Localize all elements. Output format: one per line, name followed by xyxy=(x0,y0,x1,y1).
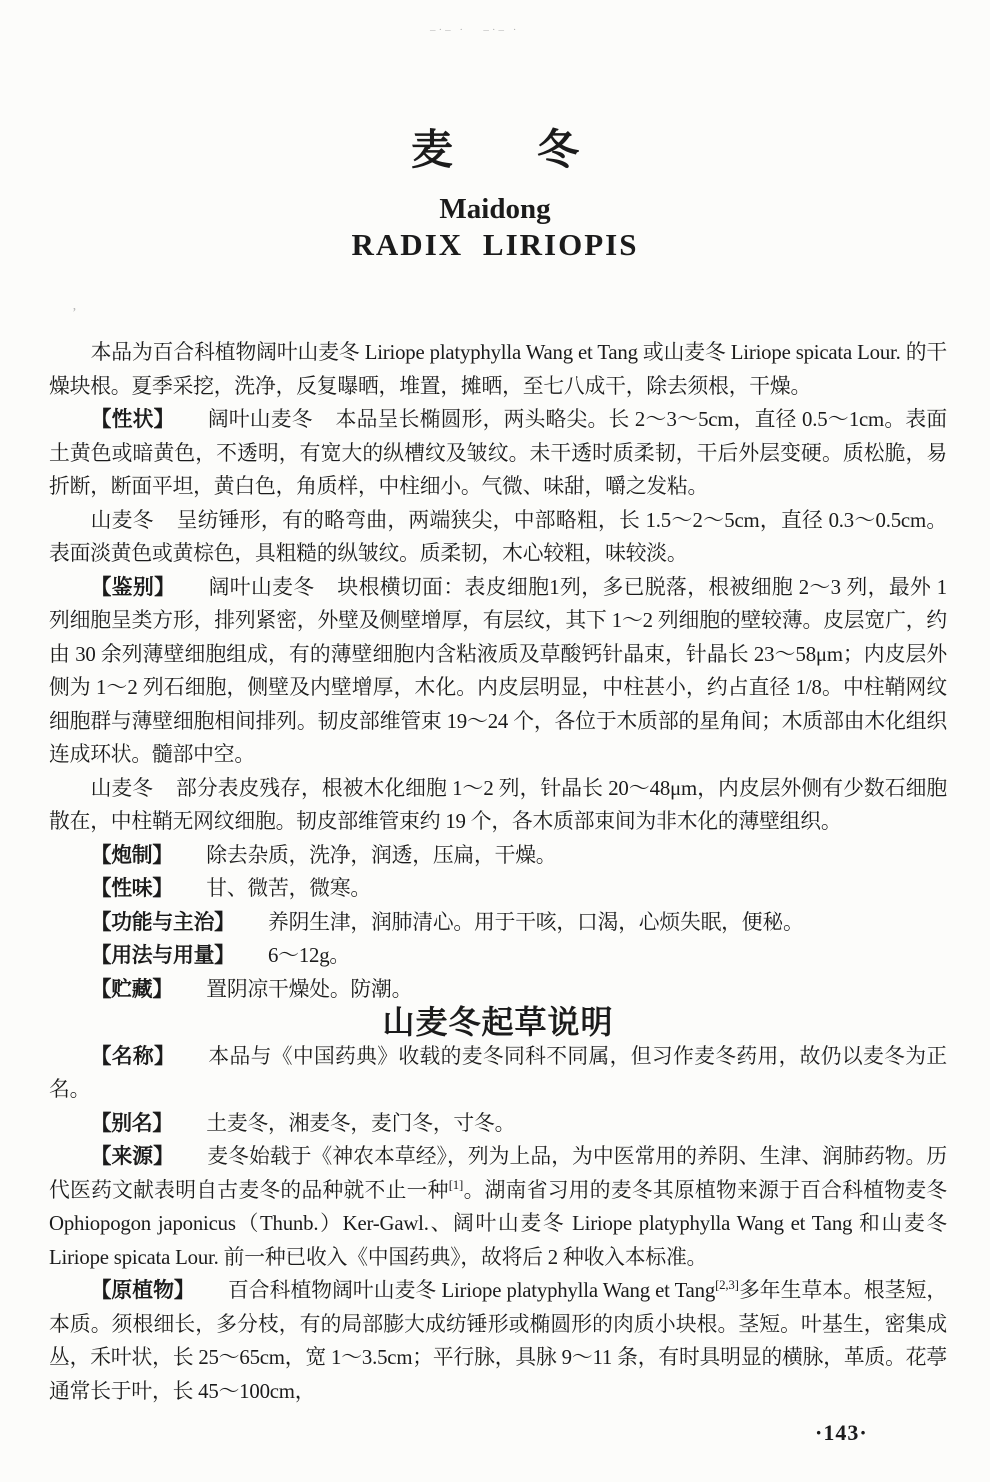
monograph-title-chinese: 麦 冬 xyxy=(0,128,990,174)
name-note-text: 本品与《中国药典》收载的麦冬同科不同属，但习作麦冬药用，故仍以麦冬为正名。 xyxy=(49,1045,947,1102)
section-label: 【名称】 xyxy=(91,1045,175,1068)
alias-text: 土麦冬，湘麦冬，麦门冬，寸冬。 xyxy=(206,1112,515,1135)
appearance-shanmaidong-text: 呈纺锤形，有的略弯曲，两端狭尖，中部略粗，长 1.5～2～5cm，直径 0.3～… xyxy=(49,509,947,566)
section-label: 【贮藏】 xyxy=(91,978,173,1001)
identification-shanmaidong-text: 部分表皮残存，根被木化细胞 1～2 列，针晶长 20～48μm，内皮层外侧有少数… xyxy=(49,777,947,834)
scan-margin-artifact: ’ xyxy=(72,306,80,322)
section-label: 【性味】 xyxy=(91,877,173,900)
section-label: 【别名】 xyxy=(91,1112,173,1135)
section-label: 【鉴别】 xyxy=(91,576,176,599)
section-label: 【功能与主治】 xyxy=(91,911,235,934)
species-subheading: 阔叶山麦冬 xyxy=(208,408,313,431)
appearance-text: 本品呈长椭圆形，两头略尖。长 2～3～5cm，直径 0.5～1cm。表面土黄色或… xyxy=(49,408,947,498)
function-indication-text: 养阴生津，润肺清心。用于干咳，口渴，心烦失眠，便秘。 xyxy=(268,911,804,934)
citation-superscript: [1] xyxy=(449,1178,463,1192)
name-note-paragraph: 【名称】本品与《中国药典》收载的麦冬同科不同属，但习作麦冬药用，故仍以麦冬为正名… xyxy=(49,1040,947,1107)
document-page: –·– · –·– · ’ 麦 冬 Maidong RADIX LIRIOPIS… xyxy=(0,0,990,1482)
section-label: 【原植物】 xyxy=(91,1279,195,1302)
identification-paragraph: 【鉴别】阔叶山麦冬块根横切面：表皮细胞1列，多已脱落，根被细胞 2～3 列，最外… xyxy=(49,571,947,772)
dosage-text: 6～12g。 xyxy=(268,944,350,967)
storage-text: 置阴凉干燥处。防潮。 xyxy=(206,978,412,1001)
identification-shanmaidong-paragraph: 山麦冬部分表皮残存，根被木化细胞 1～2 列，针晶长 20～48μm，内皮层外侧… xyxy=(49,772,947,839)
scan-smudge-artifact: –·– · –·– · xyxy=(430,24,519,36)
section-label: 【来源】 xyxy=(91,1145,174,1168)
section-label: 【炮制】 xyxy=(91,844,173,867)
taste-text: 甘、微苦，微寒。 xyxy=(206,877,371,900)
alias-paragraph: 【别名】土麦冬，湘麦冬，麦门冬，寸冬。 xyxy=(49,1107,947,1141)
intro-text: 本品为百合科植物阔叶山麦冬 Liriope platyphylla Wang e… xyxy=(49,341,947,398)
monograph-title-pinyin: Maidong xyxy=(0,193,990,226)
intro-paragraph: 本品为百合科植物阔叶山麦冬 Liriope platyphylla Wang e… xyxy=(49,336,947,403)
section-label: 【用法与用量】 xyxy=(91,944,235,967)
storage-paragraph: 【贮藏】置阴凉干燥处。防潮。 xyxy=(49,973,947,1007)
dosage-paragraph: 【用法与用量】6～12g。 xyxy=(49,939,947,973)
identification-text: 块根横切面：表皮细胞1列，多已脱落，根被细胞 2～3 列，最外 1 列细胞呈类方… xyxy=(49,576,947,767)
appearance-shanmaidong-paragraph: 山麦冬呈纺锤形，有的略弯曲，两端狭尖，中部略粗，长 1.5～2～5cm，直径 0… xyxy=(49,504,947,571)
appearance-paragraph: 【性状】阔叶山麦冬本品呈长椭圆形，两头略尖。长 2～3～5cm，直径 0.5～1… xyxy=(49,403,947,504)
citation-superscript: [2,3] xyxy=(715,1278,739,1292)
species-subheading: 山麦冬 xyxy=(91,777,154,800)
page-number: ·143· xyxy=(815,1420,868,1446)
source-paragraph: 【来源】麦冬始载于《神农本草经》，列为上品，为中医常用的养阴、生津、润肺药物。历… xyxy=(49,1140,947,1274)
original-plant-text-pre: 百合科植物阔叶山麦冬 Liriope platyphylla Wang et T… xyxy=(228,1279,715,1302)
processing-paragraph: 【炮制】除去杂质，洗净，润透，压扁，干燥。 xyxy=(49,839,947,873)
function-indication-paragraph: 【功能与主治】养阴生津，润肺清心。用于干咳，口渴，心烦失眠，便秘。 xyxy=(49,906,947,940)
species-subheading: 山麦冬 xyxy=(91,509,154,532)
original-plant-paragraph: 【原植物】百合科植物阔叶山麦冬 Liriope platyphylla Wang… xyxy=(49,1274,947,1408)
taste-paragraph: 【性味】甘、微苦，微寒。 xyxy=(49,872,947,906)
monograph-title-latin: RADIX LIRIOPIS xyxy=(0,227,990,263)
processing-text: 除去杂质，洗净，润透，压扁，干燥。 xyxy=(206,844,556,867)
section-label: 【性状】 xyxy=(91,408,175,431)
draft-notes-title: 山麦冬起草说明 xyxy=(49,1006,947,1040)
monograph-body: 本品为百合科植物阔叶山麦冬 Liriope platyphylla Wang e… xyxy=(49,336,947,1408)
species-subheading: 阔叶山麦冬 xyxy=(209,576,315,599)
